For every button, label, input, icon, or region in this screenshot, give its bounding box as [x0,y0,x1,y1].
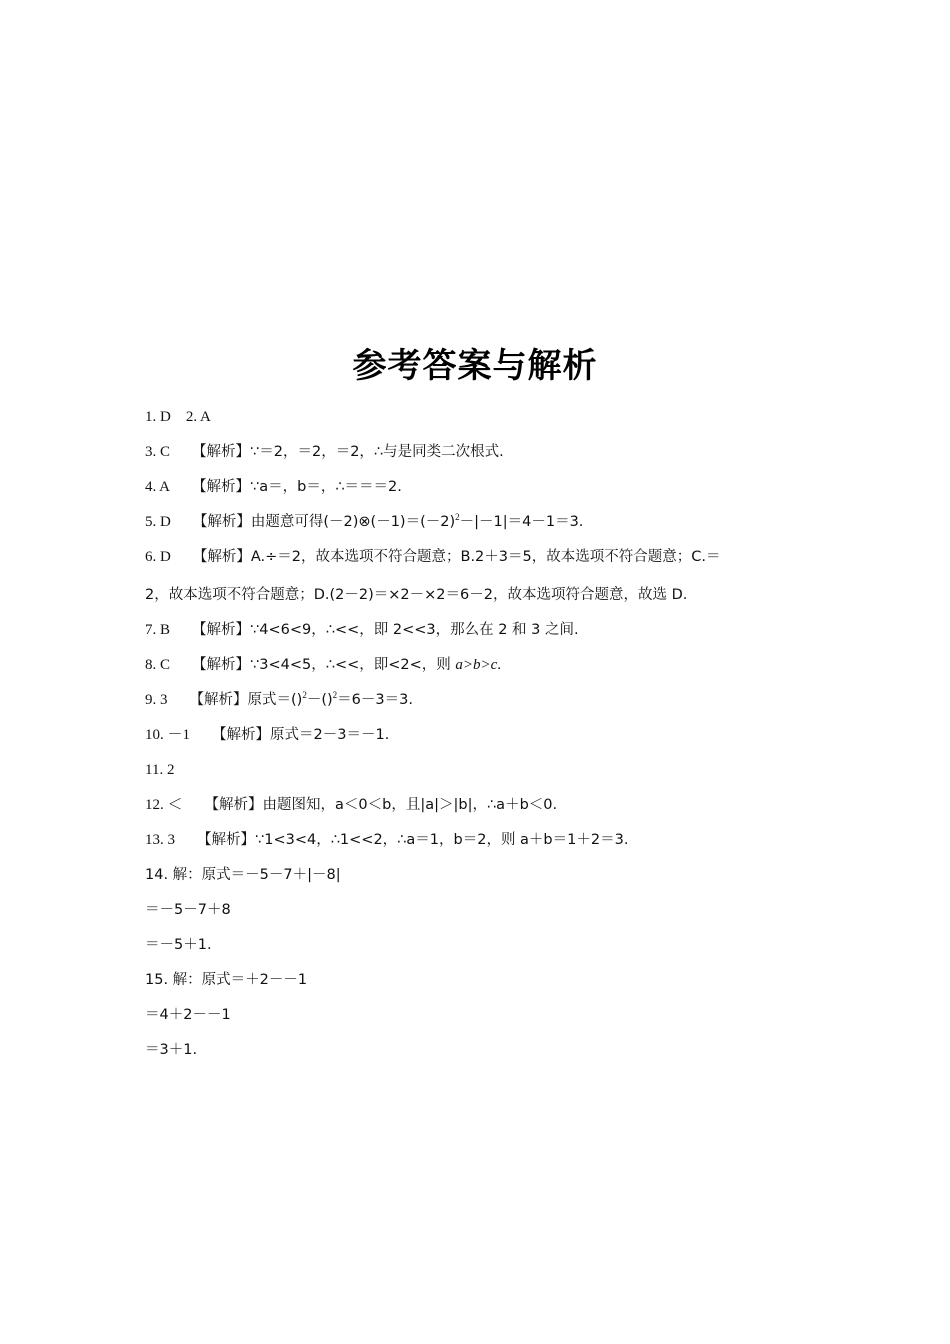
answer-body-end: ＝6－3＝3. [337,692,413,708]
analysis-tag: 【解析】 [190,692,248,708]
analysis-tag: 【解析】 [192,622,250,638]
answer-7: 7. B【解析】∵4<6<9，∴<<，即 2<<3，那么在 2 和 3 之间. [145,620,579,640]
page-title: 参考答案与解析 [0,338,950,387]
answer-number: 9. 3 [145,690,168,710]
answer-number: 8. C [145,655,170,675]
answer-number: 5. D [145,512,171,532]
analysis-tag: 【解析】 [212,727,270,743]
answer-8: 8. C【解析】∵3<4<5，∴<<，即<2<，则 a>b>c. [145,655,501,675]
answer-12: 12. ＜【解析】由题图知，a＜0＜b，且|a|＞|b|，∴a＋b＜0. [145,795,557,815]
analysis-tag: 【解析】 [192,444,250,460]
answer-10: 10. －1【解析】原式＝2－3＝－1. [145,725,389,745]
analysis-tag: 【解析】 [197,832,255,848]
answer-body: ∵1<3<4，∴1<<2，∴a＝1，b＝2，则 a＋b＝1＋2＝3. [255,832,628,848]
answer-15-line-3: ＝3＋1. [145,1040,197,1060]
answer-body: ∵＝2，＝2，＝2，∴与是同类二次根式. [250,444,504,460]
answer-body: ∵3<4<5，∴<<，即<2<，则 [250,657,455,673]
answer-body: 由题图知，a＜0＜b，且|a|＞|b|，∴a＋b＜0. [263,797,558,813]
answer-body: 原式＝() [248,692,303,708]
analysis-tag: 【解析】 [193,549,251,565]
answer-number: 7. B [145,620,170,640]
answer-6-continued: 2，故本选项不符合题意；D.(2－2)＝×2－×2＝6－2，故本选项符合题意，故… [145,585,687,605]
answer-body-end: . [497,657,501,673]
answer-number: 3. C [145,442,170,462]
answer-body: ∵a＝，b＝，∴＝＝＝2. [250,479,402,495]
answer-15-line-1: 15. 解：原式＝＋2－－1 [145,970,307,990]
answer-11: 11. 2 [145,760,174,780]
answer-body-mid: －() [307,692,333,708]
answer-13: 13. 3【解析】∵1<3<4，∴1<<2，∴a＝1，b＝2，则 a＋b＝1＋2… [145,830,628,850]
answer-5: 5. D【解析】由题意可得(－2)⊗(－1)＝(－2)2－|－1|＝4－1＝3. [145,512,583,532]
answer-number: 13. 3 [145,830,175,850]
analysis-tag: 【解析】 [192,479,250,495]
analysis-tag: 【解析】 [193,514,251,530]
analysis-tag: 【解析】 [192,657,250,673]
analysis-tag: 【解析】 [205,797,263,813]
answer-italic: a>b>c [455,657,497,673]
answer-number: 4. A [145,477,170,497]
answer-body-end: －|－1|＝4－1＝3. [460,514,584,530]
answer-number: 6. D [145,547,171,567]
answer-1-2: 1. D 2. A [145,407,211,427]
answer-number: 12. ＜ [145,795,183,815]
answer-body: A.÷＝2，故本选项不符合题意；B.2＋3＝5，故本选项不符合题意；C.＝ [251,549,721,565]
answer-body: 原式＝2－3＝－1. [270,727,389,743]
answer-14-line-2: ＝－5－7＋8 [145,900,231,920]
answer-6: 6. D【解析】A.÷＝2，故本选项不符合题意；B.2＋3＝5，故本选项不符合题… [145,547,720,567]
answer-body: ∵4<6<9，∴<<，即 2<<3，那么在 2 和 3 之间. [250,622,579,638]
answer-body: 由题意可得(－2)⊗(－1)＝(－2) [251,514,455,530]
answer-14-line-3: ＝－5＋1. [145,935,212,955]
answer-number: 10. －1 [145,725,190,745]
answer-15-line-2: ＝4＋2－－1 [145,1005,231,1025]
answer-14-line-1: 14. 解：原式＝－5－7＋|－8| [145,865,341,885]
answer-3: 3. C【解析】∵＝2，＝2，＝2，∴与是同类二次根式. [145,442,504,462]
answer-4: 4. A【解析】∵a＝，b＝，∴＝＝＝2. [145,477,402,497]
answer-9: 9. 3【解析】原式＝()2－()2＝6－3＝3. [145,690,413,710]
